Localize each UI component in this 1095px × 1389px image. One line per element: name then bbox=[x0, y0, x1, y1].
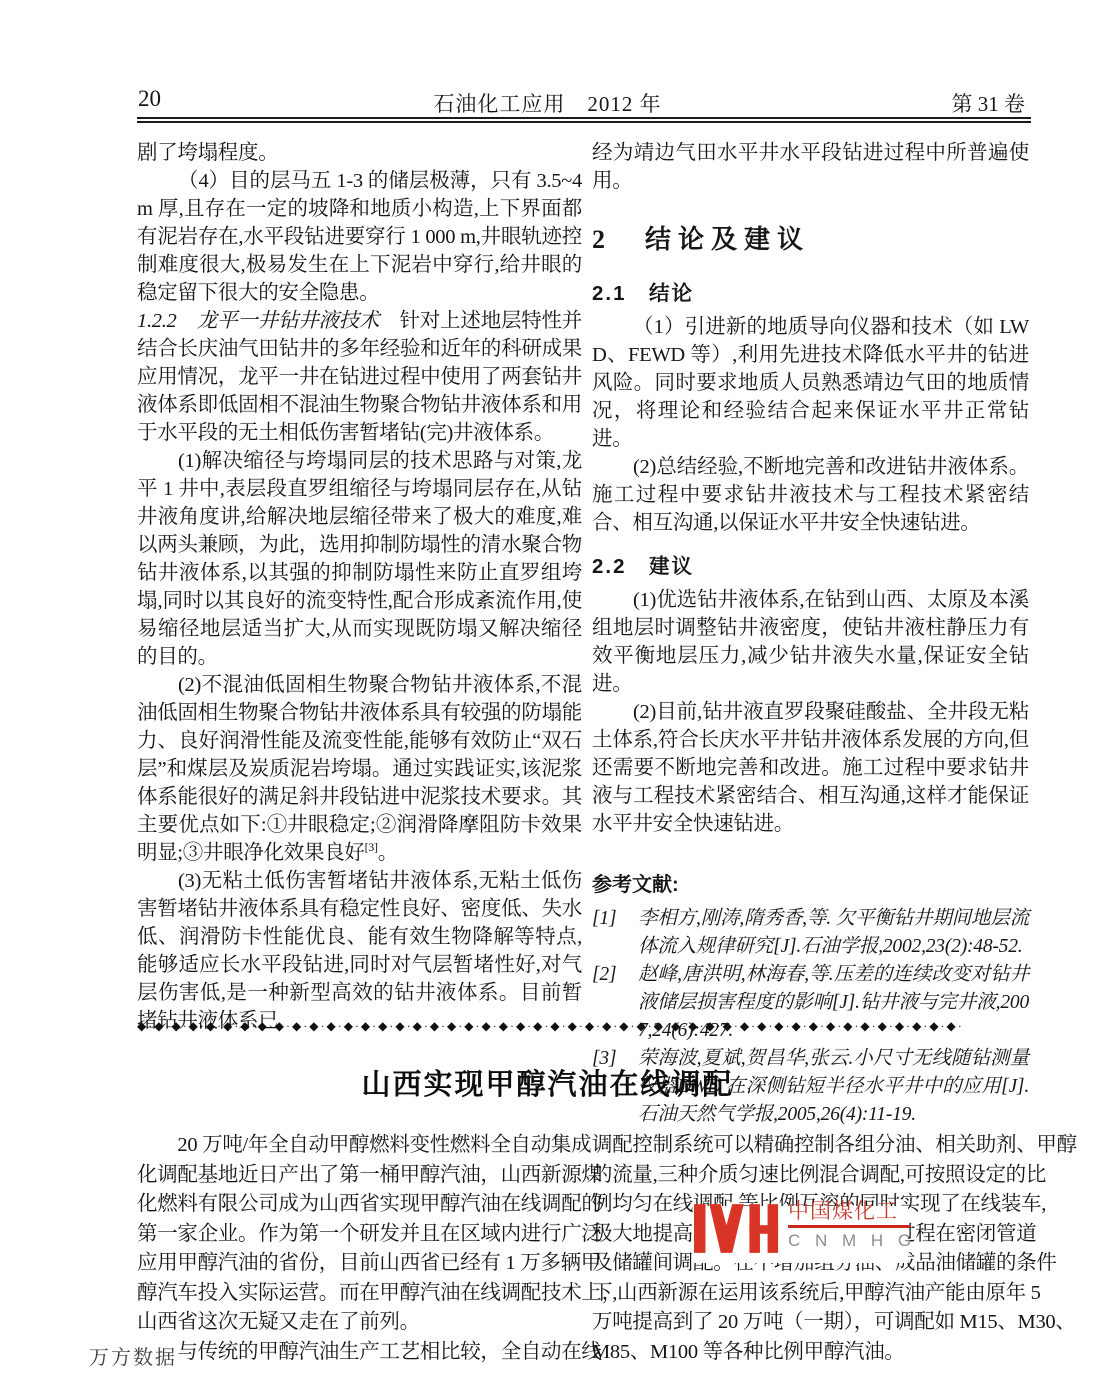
news-line: M85、M100 等各种比例甲醇汽油。 bbox=[592, 1338, 1052, 1368]
paragraph-point3: (3)无粘土低伤害暂堵钻井液体系,无粘土低伤害暂堵钻井液体系具有稳定性良好、密度… bbox=[137, 867, 582, 1035]
article-left-column: 剧了垮塌程度。 （4）目的层马五 1-3 的储层极薄，只有 3.5~4 m 厚,… bbox=[137, 139, 582, 1035]
news-line: 山西省这次无疑又走在了前列。 bbox=[137, 1308, 597, 1338]
section-2-heading: 2 结论及建议 bbox=[592, 219, 1029, 256]
watermark-letters: C N M H G bbox=[788, 1231, 908, 1251]
news-line: 20 万吨/年全自动甲醇燃料变性燃料全自动集成 bbox=[137, 1131, 597, 1161]
cnmhg-logo-icon bbox=[694, 1197, 780, 1261]
news-line: 万吨提高到了 20 万吨（一期），可调配如 M15、M30、 bbox=[592, 1308, 1052, 1338]
journal-page: 20 石油化工应用 2012 年 第 31 卷 剧了垮塌程度。 （4）目的层马五… bbox=[0, 0, 1095, 1389]
reference-text: 李相方,刚涛,隋秀香,等. 欠平衡钻井期间地层流体流入规律研究[J].石油学报,… bbox=[638, 905, 1029, 961]
reference-item: [1] 李相方,刚涛,隋秀香,等. 欠平衡钻井期间地层流体流入规律研究[J].石… bbox=[592, 905, 1029, 961]
cnmhg-watermark: 中国煤化工 C N M H G bbox=[694, 1206, 908, 1263]
news-line: 第一家企业。作为第一个研发并且在区域内进行广泛 bbox=[137, 1220, 597, 1250]
paragraph-point2-text: (2)不混油低固相生物聚合物钻井液体系,不混油低固相生物聚合物钻井液体系具有较强… bbox=[137, 674, 582, 864]
suggestion-1: (1)优选钻井液体系,在钻到山西、太原及本溪组地层时调整钻井液密度，使钻井液柱静… bbox=[592, 586, 1029, 698]
news-line: 醇汽车投入实际运营。而在甲醇汽油在线调配技术上， bbox=[137, 1279, 597, 1309]
news-line: 下,山西新源在运用该系统后,甲醇汽油产能由原年 5 bbox=[592, 1279, 1052, 1309]
news-line: 的流量,三种介质匀速比例混合调配,可按照设定的比 bbox=[592, 1161, 1052, 1191]
conclusion-1: （1）引进新的地质导向仪器和技术（如 LWD、FEWD 等）,利用先进技术降低水… bbox=[592, 313, 1029, 453]
paragraph-section-1-2-2: 1.2.2 龙平一井钻井液技术 针对上述地层特性并结合长庆油气田钻井的多年经验和… bbox=[137, 307, 582, 447]
news-line: 化燃料有限公司成为山西省实现甲醇汽油在线调配的 bbox=[137, 1190, 597, 1220]
news-line: 与传统的甲醇汽油生产工艺相比较，全自动在线 bbox=[137, 1338, 597, 1368]
paragraph-item4: （4）目的层马五 1-3 的储层极薄，只有 3.5~4 m 厚,且存在一定的坡降… bbox=[137, 167, 582, 307]
suggestion-2: (2)目前,钻井液直罗段聚硅酸盐、全井段无粘土体系,符合长庆水平井钻井液体系发展… bbox=[592, 698, 1029, 838]
volume-number: 第 31 卷 bbox=[952, 88, 1026, 118]
journal-title: 石油化工应用 2012 年 bbox=[0, 88, 1095, 118]
references-title: 参考文献: bbox=[592, 868, 1029, 897]
paragraph-point2-period: 。 bbox=[378, 842, 398, 864]
conclusion-2: (2)总结经验,不断地完善和改进钻井液体系。施工过程中要求钻井液技术与工程技术紧… bbox=[592, 453, 1029, 537]
section-2-1-heading: 2.1 结论 bbox=[592, 276, 1029, 306]
paragraph-point2: (2)不混油低固相生物聚合物钻井液体系,不混油低固相生物聚合物钻井液体系具有较强… bbox=[137, 671, 582, 867]
header-rule bbox=[137, 117, 1031, 123]
news-line: 调配控制系统可以精确控制各组分油、相关助剂、甲醇 bbox=[592, 1131, 1052, 1161]
paragraph-continuation-right: 经为靖边气田水平井水平段钻进过程中所普遍使用。 bbox=[592, 139, 1029, 195]
news-title: 山西实现甲醇汽油在线调配 bbox=[0, 1062, 1095, 1103]
paragraph-continuation: 剧了垮塌程度。 bbox=[137, 139, 582, 167]
news-line: 化调配基地近日产出了第一桶甲醇汽油，山西新源煤 bbox=[137, 1161, 597, 1191]
watermark-brand-text: 中国煤化工 bbox=[788, 1200, 908, 1224]
news-line: 应用甲醇汽油的省份，目前山西省已经有 1 万多辆甲 bbox=[137, 1249, 597, 1279]
watermark-underline bbox=[788, 1225, 910, 1228]
watermark-text-block: 中国煤化工 C N M H G bbox=[788, 1200, 908, 1251]
wanfang-data-mark: 万方数据 bbox=[89, 1341, 177, 1370]
section-2-2-heading: 2.2 建议 bbox=[592, 549, 1029, 579]
article-right-column: 经为靖边气田水平井水平段钻进过程中所普遍使用。 2 结论及建议 2.1 结论 （… bbox=[592, 139, 1029, 1129]
reference-number: [1] bbox=[592, 905, 638, 961]
citation-superscript-3: [3] bbox=[365, 840, 378, 854]
news-left-column: 20 万吨/年全自动甲醇燃料变性燃料全自动集成 化调配基地近日产出了第一桶甲醇汽… bbox=[137, 1131, 597, 1367]
ornamental-divider: ◆·◆·◆·◆·◆·◆·◆·◆·◆·◆·◆·◆·◆·◆·◆·◆·◆·◆·◆·◆·… bbox=[137, 1019, 1038, 1037]
paragraph-point1: (1)解决缩径与垮塌同层的技术思路与对策,龙平 1 井中,表层段直罗组缩径与垮塌… bbox=[137, 447, 582, 671]
section-1-2-2-heading: 1.2.2 龙平一井钻井液技术 bbox=[137, 310, 379, 332]
